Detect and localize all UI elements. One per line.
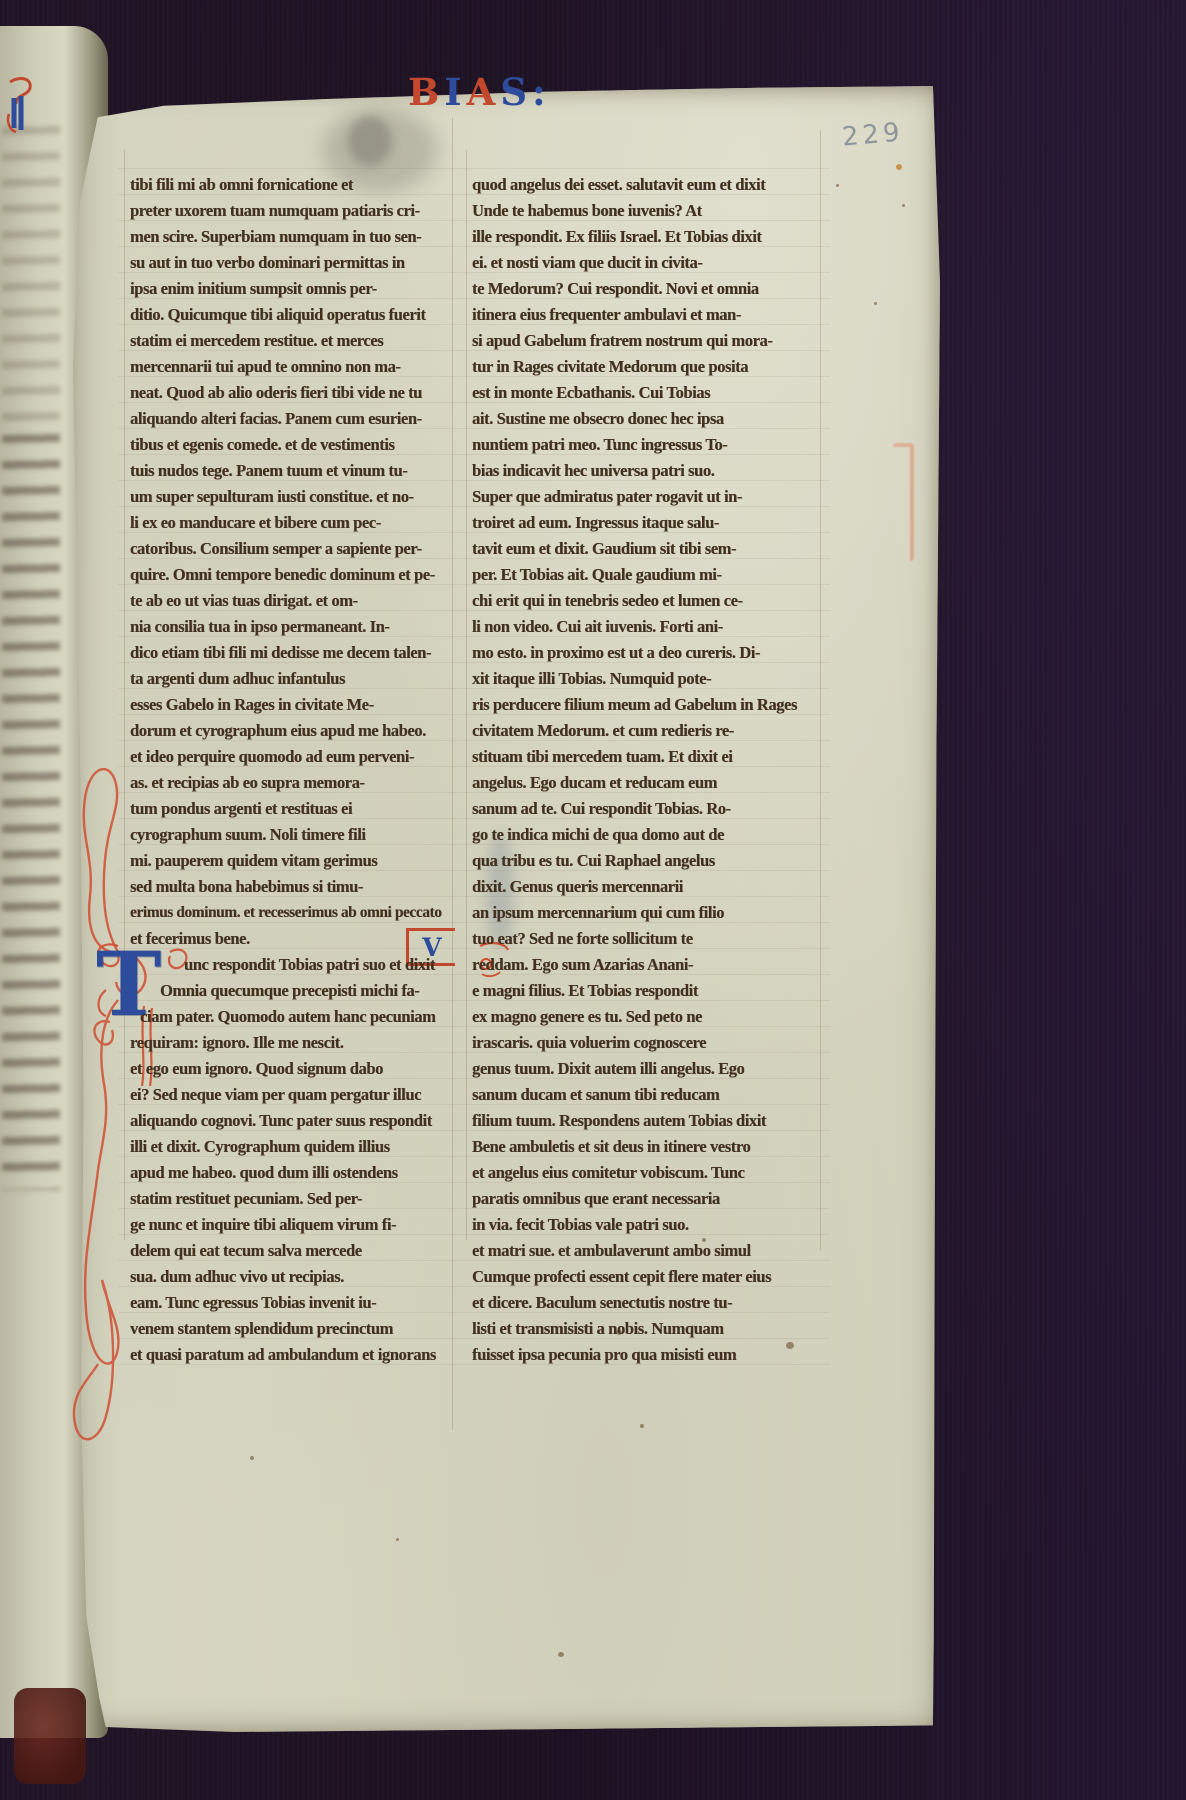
speck — [250, 1456, 254, 1460]
text-line: aliquando alteri facias. Panem cum esuri… — [130, 406, 446, 432]
text-line: an ipsum mercennarium qui cum filio — [472, 900, 818, 926]
text-line: angelus. Ego ducam et reducam eum — [472, 770, 818, 796]
text-line: ris perducere filium meum ad Gabelum in … — [472, 692, 818, 718]
text-line: ditio. Quicumque tibi aliquid operatus f… — [130, 302, 446, 328]
running-title-letter: A — [467, 70, 501, 114]
text-line: cyrographum suum. Noli timere fili — [130, 822, 446, 848]
text-line: nuntiem patri meo. Tunc ingressus To- — [472, 432, 818, 458]
text-line: tavit eum et dixit. Gaudium sit tibi sem… — [472, 536, 818, 562]
speck — [902, 204, 905, 207]
text-line: et ideo perquire quomodo ad eum perveni- — [130, 744, 446, 770]
text-line: esses Gabelo in Rages in civitate Me- — [130, 692, 446, 718]
text-line: Bene ambuletis et sit deus in itinere ve… — [472, 1134, 818, 1160]
text-line: et ego eum ignoro. Quod signum dabo — [130, 1056, 446, 1082]
running-title: BIAS: — [408, 70, 551, 114]
speck — [558, 1652, 564, 1657]
text-line: sanum ad te. Cui respondit Tobias. Ro- — [472, 796, 818, 822]
ruling-vertical — [820, 130, 821, 1250]
text-line: sanum ducam et sanum tibi reducam — [472, 1082, 818, 1108]
text-column-left: tibi fili mi ab omni fornicatione etpret… — [130, 172, 446, 1368]
running-title-letter: B — [408, 70, 444, 114]
text-line: Omnia quecumque precepisti michi fa- — [130, 978, 446, 1004]
previous-folio-text-blur — [2, 430, 60, 1190]
text-line: statim ei mercedem restitue. et merces — [130, 328, 446, 354]
text-line: tuis nudos tege. Panem tuum et vinum tu- — [130, 458, 446, 484]
speck — [836, 184, 839, 187]
text-line: sua. dum adhuc vivo ut recipias. — [130, 1264, 446, 1290]
speck — [640, 1424, 644, 1428]
manuscript-photo: BIAS: 229 T V tibi — [0, 0, 1186, 1800]
text-line: et angelus eius comitetur vobiscum. Tunc — [472, 1160, 818, 1186]
text-line: stituam tibi mercedem tuam. Et dixit ei — [472, 744, 818, 770]
text-line: ille respondit. Ex filiis Israel. Et Tob… — [472, 224, 818, 250]
text-line: tur in Rages civitate Medorum que posita — [472, 354, 818, 380]
text-line: neat. Quod ab alio oderis fieri tibi vid… — [130, 380, 446, 406]
binding-leather-corner — [14, 1688, 86, 1784]
text-line: Cumque profecti essent cepit flere mater… — [472, 1264, 818, 1290]
text-line: paratis omnibus que erant necessaria — [472, 1186, 818, 1212]
text-line: mercennarii tui apud te omnino non ma- — [130, 354, 446, 380]
text-line: genus tuum. Dixit autem illi angelus. Eg… — [472, 1056, 818, 1082]
text-line: sed multa bona habebimus si timu- — [130, 874, 446, 900]
text-line: te Medorum? Cui respondit. Novi et omnia — [472, 276, 818, 302]
text-line: xit itaque illi Tobias. Numquid pote- — [472, 666, 818, 692]
text-line: eam. Tunc egressus Tobias invenit iu- — [130, 1290, 446, 1316]
text-line: apud me habeo. quod dum illi ostendens — [130, 1160, 446, 1186]
running-title-letter: S — [500, 70, 532, 114]
text-line: ei? Sed neque viam per quam pergatur ill… — [130, 1082, 446, 1108]
text-line: ipsa enim initium sumpsit omnis per- — [130, 276, 446, 302]
text-line: et fecerimus bene. — [130, 926, 446, 952]
text-line: dorum et cyrographum eius apud me habeo. — [130, 718, 446, 744]
text-line: dico etiam tibi fili mi dedisse me decem… — [130, 640, 446, 666]
text-line: quire. Omni tempore benedic dominum et p… — [130, 562, 446, 588]
text-line: tibus et egenis comede. et de vestimenti… — [130, 432, 446, 458]
previous-folio-text-blur — [2, 122, 60, 422]
text-line: fuisset ipsa pecunia pro qua misisti eum — [472, 1342, 818, 1368]
text-line: troiret ad eum. Ingressus itaque salu- — [472, 510, 818, 536]
text-line: Unde te habemus bone iuvenis? At — [472, 198, 818, 224]
text-line: ge nunc et inquire tibi aliquem virum fi… — [130, 1212, 446, 1238]
text-line: et dicere. Baculum senectutis nostre tu- — [472, 1290, 818, 1316]
text-line: est in monte Ecbathanis. Cui Tobias — [472, 380, 818, 406]
folio-number: 229 — [841, 117, 905, 152]
ruling-vertical — [466, 150, 467, 1240]
text-line: ait. Sustine me obsecro donec hec ipsa — [472, 406, 818, 432]
text-line: men scire. Superbiam numquam in tuo sen- — [130, 224, 446, 250]
text-line: unc respondit Tobias patri suo et dixit — [130, 952, 446, 978]
speck — [396, 1538, 399, 1541]
text-line: tum pondus argenti et restituas ei — [130, 796, 446, 822]
text-line: nia consilia tua in ipso permaneant. In- — [130, 614, 446, 640]
text-line: listi et transmisisti a nobis. Numquam — [472, 1316, 818, 1342]
text-line: statim restituet pecuniam. Sed per- — [130, 1186, 446, 1212]
text-line: requiram: ignoro. Ille me nescit. — [130, 1030, 446, 1056]
text-line: si apud Gabelum fratrem nostrum qui mora… — [472, 328, 818, 354]
text-line: per. Et Tobias ait. Quale gaudium mi- — [472, 562, 818, 588]
text-line: ex magno genere es tu. Sed peto ne — [472, 1004, 818, 1030]
running-title-letter: : — [532, 70, 551, 114]
speck — [874, 302, 877, 305]
text-line: qua tribu es tu. Cui Raphael angelus — [472, 848, 818, 874]
text-line: su aut in tuo verbo dominari permittas i… — [130, 250, 446, 276]
text-line: irascaris. quia voluerim cognoscere — [472, 1030, 818, 1056]
text-line: li ex eo manducare et bibere cum pec- — [130, 510, 446, 536]
text-line: ta argenti dum adhuc infantulus — [130, 666, 446, 692]
text-line: mo esto. in proximo est ut a deo cureris… — [472, 640, 818, 666]
text-column-right: quod angelus dei esset. salutavit eum et… — [472, 172, 818, 1368]
ruling-vertical — [452, 118, 453, 1430]
text-line: dixit. Genus queris mercennarii — [472, 874, 818, 900]
previous-folio-penwork-fragment — [6, 74, 40, 136]
text-line: catoribus. Consilium semper a sapiente p… — [130, 536, 446, 562]
text-line: aliquando cognovi. Tunc pater suus respo… — [130, 1108, 446, 1134]
text-line: te ab eo ut vias tuas dirigat. et om- — [130, 588, 446, 614]
text-line: in via. fecit Tobias vale patri suo. — [472, 1212, 818, 1238]
text-line: reddam. Ego sum Azarias Anani- — [472, 952, 818, 978]
text-line: venem stantem splendidum precinctum — [130, 1316, 446, 1342]
text-line: e magni filius. Et Tobias respondit — [472, 978, 818, 1004]
running-title-letter: I — [444, 70, 466, 114]
text-line: bias indicavit hec universa patri suo. — [472, 458, 818, 484]
text-line: preter uxorem tuam numquam patiaris cri- — [130, 198, 446, 224]
text-line: as. et recipias ab eo supra memora- — [130, 770, 446, 796]
text-line: Super que admiratus pater rogavit ut in- — [472, 484, 818, 510]
text-line: et quasi paratum ad ambulandum et ignora… — [130, 1342, 446, 1368]
text-line: go te indica michi de qua domo aut de — [472, 822, 818, 848]
text-line: illi et dixit. Cyrographum quidem illius — [130, 1134, 446, 1160]
speck — [896, 164, 902, 170]
text-line: civitatem Medorum. et cum redieris re- — [472, 718, 818, 744]
text-line: delem qui eat tecum salva mercede — [130, 1238, 446, 1264]
text-line: filium tuum. Respondens autem Tobias dix… — [472, 1108, 818, 1134]
faded-paragraph-mark — [893, 443, 914, 561]
text-line: ciam pater. Quomodo autem hanc pecuniam — [130, 1004, 446, 1030]
text-line: ei. et nosti viam que ducit in civita- — [472, 250, 818, 276]
text-line: um super sepulturam iusti constitue. et … — [130, 484, 446, 510]
text-line: tibi fili mi ab omni fornicatione et — [130, 172, 446, 198]
text-line: quod angelus dei esset. salutavit eum et… — [472, 172, 818, 198]
text-line: tuo eat? Sed ne forte sollicitum te — [472, 926, 818, 952]
text-line: li non video. Cui ait iuvenis. Forti ani… — [472, 614, 818, 640]
text-line: chi erit qui in tenebris sedeo et lumen … — [472, 588, 818, 614]
text-line: et matri sue. et ambulaverunt ambo simul — [472, 1238, 818, 1264]
text-line: erimus dominum. et recesserimus ab omni … — [130, 900, 446, 926]
text-line: itinera eius frequenter ambulavi et man- — [472, 302, 818, 328]
text-line: mi. pauperem quidem vitam gerimus — [130, 848, 446, 874]
